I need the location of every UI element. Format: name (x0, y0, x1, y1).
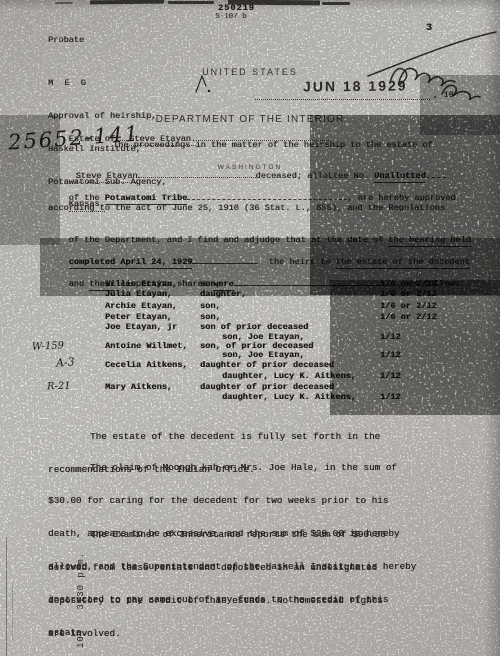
act-line: according to the act of June 25, 1910 (3… (48, 203, 445, 213)
margin-mark: W-159 (32, 340, 65, 353)
paragraph-line: The claim of Moongh kah or Mrs. Joe Hale… (48, 462, 458, 473)
fold-line (12, 585, 14, 640)
heir-relation: son, (200, 279, 221, 289)
paragraph-line: are involved. (48, 628, 458, 639)
paragraph-line: $30.00 for caring for the decedent for t… (48, 495, 458, 506)
heir-name: Cecelia Aitkens, (105, 360, 188, 370)
scanned-document-page: 250219 5-107 b Probate UNITED STATES DEP… (0, 0, 500, 656)
fold-line (6, 538, 7, 656)
of-the-label: of the (69, 193, 100, 203)
form-number: 5-107 b (215, 12, 247, 22)
scan-edge-shadow (0, 0, 500, 10)
letterhead-united-states: UNITED STATES (140, 67, 360, 77)
heir-share: 1/6 or 2/12 (380, 301, 437, 311)
heir-share: 1/12 (380, 392, 401, 402)
heir-relation: son, (200, 301, 221, 311)
heir-name: Joe Etayan, jr (105, 322, 177, 332)
margin-mark: A-3 (55, 355, 75, 370)
heir-share: 1/6 or 2/12 (380, 289, 437, 299)
heir-share: 1/12 (380, 371, 401, 381)
heirs-phrase: the heirs to (269, 257, 336, 267)
leader (426, 170, 446, 178)
leader (192, 256, 258, 264)
heir-relation: son, (200, 312, 221, 322)
leader (234, 278, 398, 286)
date-stamp: JUN 18 1929 (303, 77, 408, 94)
heir-name: Julia Etayan, (105, 289, 172, 299)
caret-mark-icon (190, 72, 216, 98)
heir-name: Archie Etayan, (105, 301, 177, 311)
completed-date: completed April 24, 1929 (69, 257, 193, 269)
subject-line: Approval of heirship, (48, 111, 167, 122)
deceased-allottee-label: deceased; allottee No. (256, 171, 369, 181)
vertical-footer-note: 10 3:30 p.m. (76, 552, 86, 648)
paragraph-line: The Examiner of Inheritance reports the … (48, 529, 458, 540)
leader (138, 170, 256, 178)
heir-relation: daughter, Lucy K. Aitkens, (222, 392, 356, 402)
department-text: of the Department, and I find and adjudg… (69, 235, 389, 245)
paragraph-line: depository to the credit of this estate.… (48, 595, 458, 606)
heir-relation: daughter, Lucy K. Aitkens, (222, 371, 356, 381)
shares-and: and (69, 279, 90, 289)
heir-relation: son, Joe Etayan, (222, 350, 305, 360)
heir-share: 1/6 or 2/12 (380, 312, 437, 322)
heir-relation: daughter, (200, 289, 246, 299)
decedent-name: Steve Etayan (76, 171, 138, 183)
paragraph-line: derived from lease rentals and deposited… (48, 562, 458, 573)
heir-share: 1/12 (380, 332, 401, 342)
typist-initials: M E G (48, 78, 167, 89)
probate-label: Probate (48, 35, 84, 45)
margin-mark: R-21 (47, 381, 71, 393)
heir-relation: daughter of prior deceased (200, 382, 334, 392)
heir-name: Willie Etayan, (105, 279, 177, 289)
heir-name: Mary Aitkens, (105, 382, 172, 392)
approved-text: , are hereby approved (347, 193, 455, 203)
date-year-suffix: , 19 (433, 90, 454, 100)
heir-name: Antoine Willmet, (105, 341, 188, 351)
heirs-phrase-underlined: the estate of the decedent (336, 257, 470, 269)
scan-edge-shadow (484, 0, 500, 656)
allotment-status: Unallotted (374, 171, 426, 183)
heir-share: 1/6 or 2/12 (380, 279, 437, 289)
leader (187, 192, 347, 200)
heir-name: Peter Etayan, (105, 312, 172, 322)
heir-share: 1/12 (380, 350, 401, 360)
heir-relation: daughter of prior deceased (200, 360, 334, 370)
proceedings-line: The proceedings in the matter of the hei… (113, 140, 433, 150)
heir-relation: son of prior deceased (200, 322, 308, 332)
paragraph-examiner: The Examiner of Inheritance reports the … (48, 507, 458, 656)
hearing-held-text: the hearing held (388, 235, 471, 247)
